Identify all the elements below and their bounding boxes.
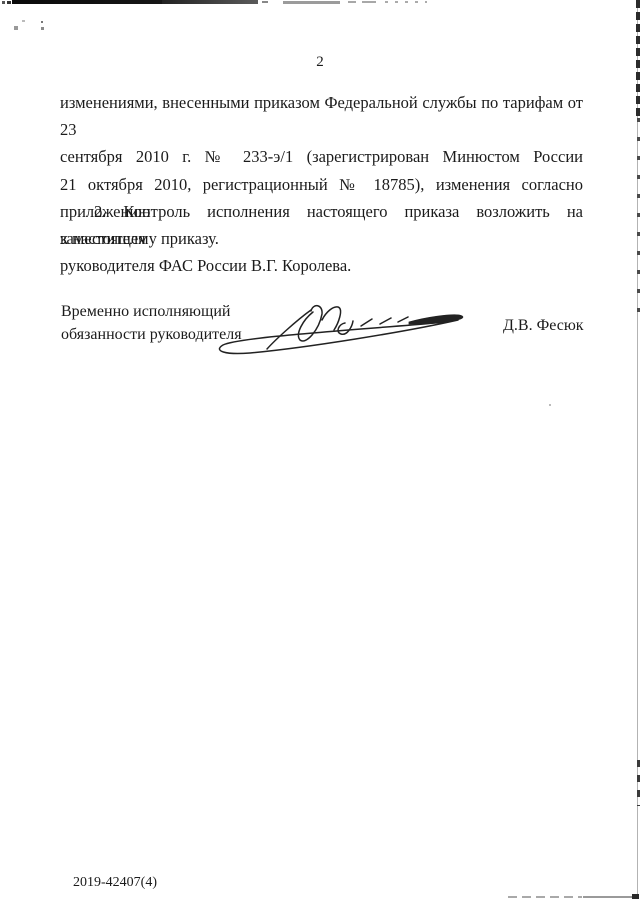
handwritten-signature-icon [205,290,505,380]
scan-speck [41,27,44,30]
scan-artifact-top-bar [162,0,258,4]
scan-artifact-top-bar [7,1,11,4]
scan-artifact-top-bar [362,1,376,3]
scan-artifact-top-bar [348,1,356,3]
document-page: 2 изменениями, внесенными приказом Федер… [0,0,640,905]
text-line: руководителя ФАС России В.Г. Королева. [60,252,583,279]
text-line: изменениями, внесенными приказом Федерал… [60,89,583,143]
scan-artifact-top-bar [283,1,340,4]
scan-speck [22,20,25,22]
scan-artifact-bottom-line [583,896,638,898]
scan-artifact-top-dots [385,1,427,3]
order-paragraph-2: 2. Контроль исполнения настоящего приказ… [60,198,583,280]
scan-speck [549,404,551,406]
scan-artifact-top-bar [262,1,268,3]
text-line: 2. Контроль исполнения настоящего приказ… [60,198,583,252]
scan-speck [41,21,43,23]
page-number: 2 [0,54,640,71]
scan-artifact-top-bar [2,1,5,4]
scan-artifact-bottom-corner [632,894,639,899]
footer-document-code: 2019-42407(4) [73,875,157,891]
scan-artifact-top-bar [12,0,162,4]
scan-artifact-bottom-dashes [508,896,582,898]
signatory-name: Д.В. Фесюк [503,317,584,335]
scan-speck [14,26,18,30]
text-line: сентября 2010 г. № 233-э/1 (зарегистриро… [60,143,583,170]
